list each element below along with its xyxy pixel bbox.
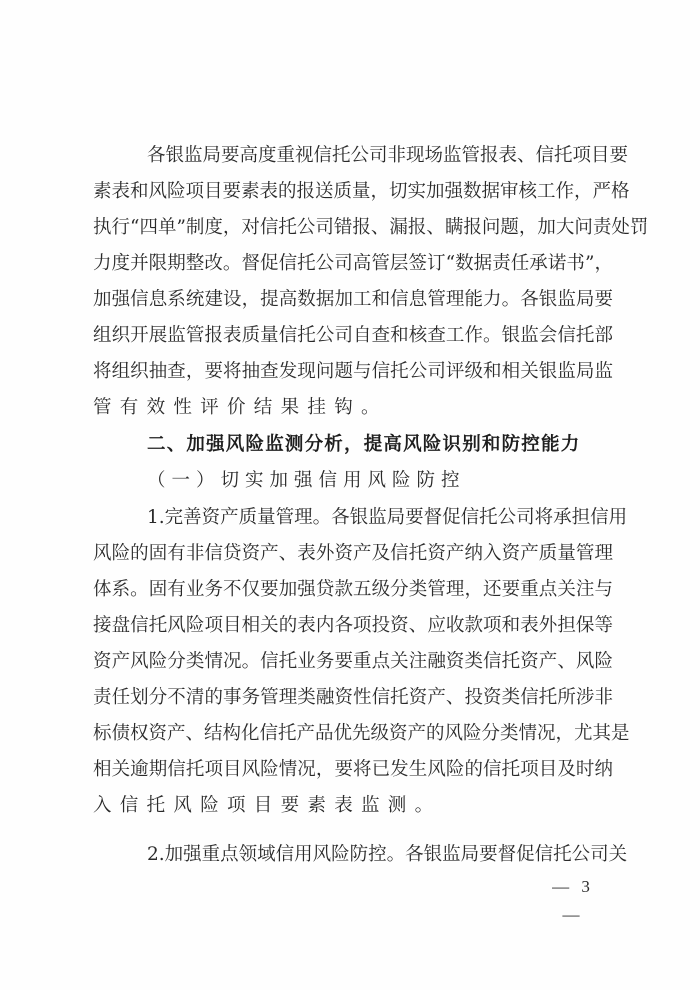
paragraph-1-line-3: 执行“四单”制度，对信托公司错报、漏报、瞒报问题，加大问责处罚 (93, 213, 613, 243)
paragraph-2-line-9: 入信托风险项目要素表监测。 (93, 791, 613, 821)
paragraph-1-line-6: 组织开展监管报表质量信托公司自查和核查工作。银监会信托部 (93, 321, 613, 351)
paragraph-1-line-4: 力度并限期整改。督促信托公司高管层签订“数据责任承诺书”， (93, 249, 613, 279)
paragraph-3-line-1: 2.加强重点领域信用风险防控。各银监局要督促信托公司关 (147, 840, 613, 870)
subsection-heading: （一）切实加强信用风险防控 (147, 466, 613, 496)
section-heading: 二、加强风险监测分析，提高风险识别和防控能力 (147, 430, 613, 460)
paragraph-2-line-1: 1.完善资产质量管理。各银监局要督促信托公司将承担信用 (147, 503, 613, 533)
paragraph-1-line-7: 将组织抽查，要将抽查发现问题与信托公司评级和相关银监局监 (93, 357, 613, 387)
page-number: — 3 — (538, 873, 608, 901)
paragraph-2-line-8: 相关逾期信托项目风险情况，要将已发生风险的信托项目及时纳 (93, 755, 613, 785)
paragraph-2-line-2: 风险的固有非信贷资产、表外资产及信托资产纳入资产质量管理 (93, 539, 613, 569)
paragraph-2-line-6: 责任划分不清的事务管理类融资性信托资产、投资类信托所涉非 (93, 683, 613, 713)
paragraph-2-line-7: 标债权资产、结构化信托产品优先级资产的风险分类情况，尤其是 (93, 719, 613, 749)
paragraph-2-line-4: 接盘信托风险项目相关的表内各项投资、应收款项和表外担保等 (93, 611, 613, 641)
paragraph-1-line-5: 加强信息系统建设，提高数据加工和信息管理能力。各银监局要 (93, 285, 613, 315)
document-page: 各银监局要高度重视信托公司非现场监管报表、信托项目要 素表和风险项目要素表的报送… (0, 0, 700, 990)
paragraph-1-line-1: 各银监局要高度重视信托公司非现场监管报表、信托项目要 (147, 141, 613, 171)
paragraph-2-line-3: 体系。固有业务不仅要加强贷款五级分类管理，还要重点关注与 (93, 575, 613, 605)
paragraph-2-line-5: 资产风险分类情况。信托业务要重点关注融资类信托资产、风险 (93, 647, 613, 677)
paragraph-1-line-8: 管有效性评价结果挂钩。 (93, 393, 613, 423)
paragraph-1-line-2: 素表和风险项目要素表的报送质量，切实加强数据审核工作，严格 (93, 177, 613, 207)
